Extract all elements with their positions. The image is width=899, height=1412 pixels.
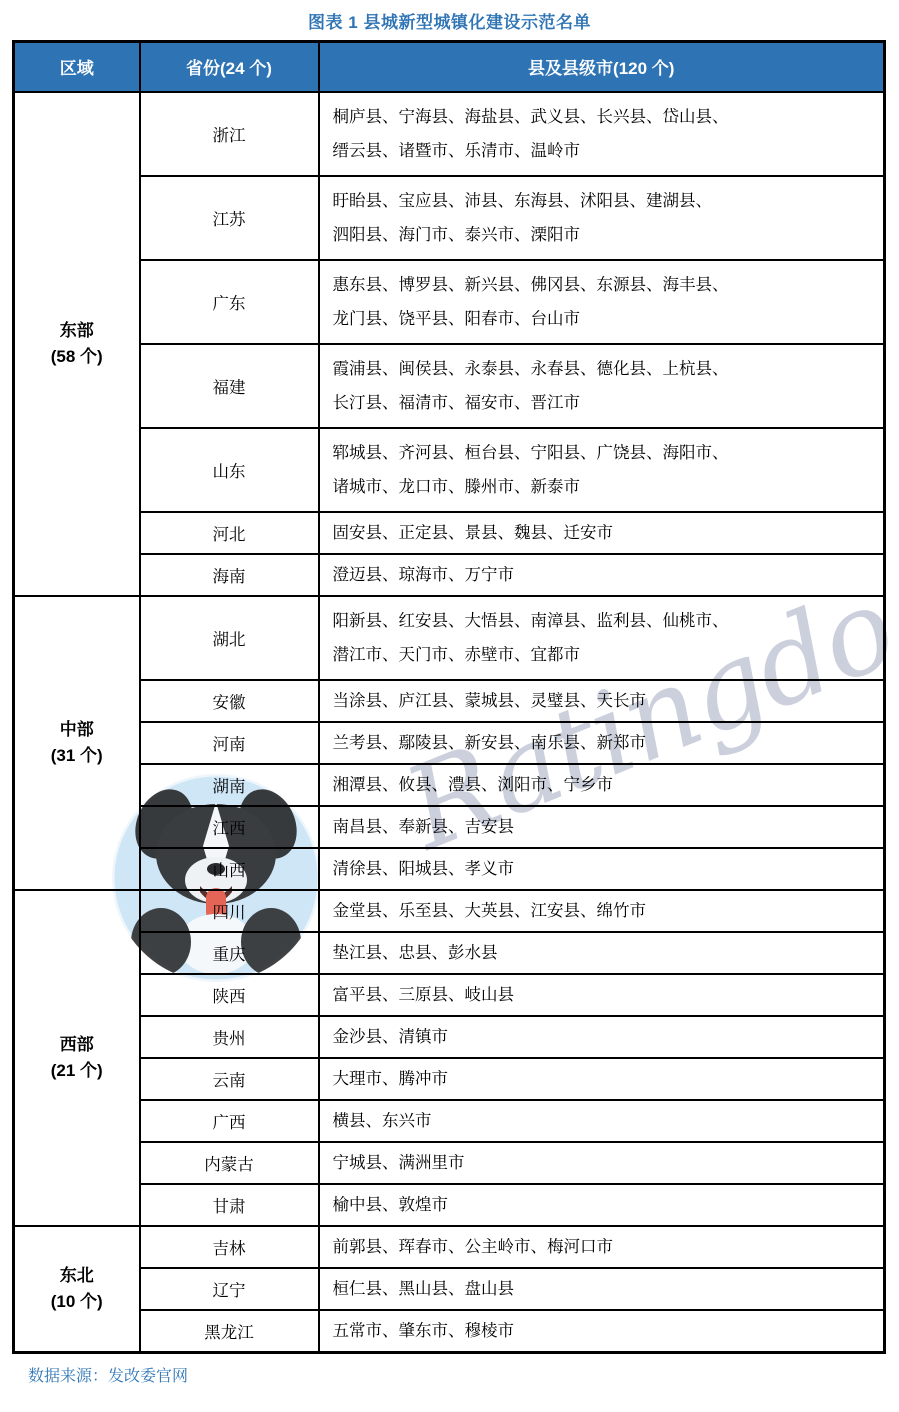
table-container: 区域 省份(24 个) 县及县级市(120 个) 东部(58 个)浙江桐庐县、宁… — [12, 40, 886, 1354]
county-line: 郓城县、齐河县、桓台县、宁阳县、广饶县、海阳市、 — [333, 436, 871, 470]
table-row: 中部(31 个)湖北阳新县、红安县、大悟县、南漳县、监利县、仙桃市、潜江市、天门… — [14, 596, 885, 680]
county-line: 南昌县、奉新县、吉安县 — [333, 810, 871, 844]
region-name: 中部 — [15, 717, 139, 743]
county-line: 泗阳县、海门市、泰兴市、溧阳市 — [333, 218, 871, 252]
county-line: 富平县、三原县、岐山县 — [333, 978, 871, 1012]
province-cell: 贵州 — [140, 1016, 319, 1058]
counties-cell: 兰考县、鄢陵县、新安县、南乐县、新郑市 — [319, 722, 885, 764]
province-cell: 山东 — [140, 428, 319, 512]
province-cell: 江西 — [140, 806, 319, 848]
counties-cell: 前郭县、珲春市、公主岭市、梅河口市 — [319, 1226, 885, 1268]
county-line: 金堂县、乐至县、大英县、江安县、绵竹市 — [333, 894, 871, 928]
province-cell: 湖北 — [140, 596, 319, 680]
report-figure-page: Ratingdog 图表 1 县城新型城镇化建设示范名单 区域 省份(24 个)… — [0, 0, 899, 1412]
counties-cell: 固安县、正定县、景县、魏县、迁安市 — [319, 512, 885, 554]
counties-cell: 南昌县、奉新县、吉安县 — [319, 806, 885, 848]
county-line: 诸城市、龙口市、滕州市、新泰市 — [333, 470, 871, 504]
table-row: 贵州金沙县、清镇市 — [14, 1016, 885, 1058]
table-row: 西部(21 个)四川金堂县、乐至县、大英县、江安县、绵竹市 — [14, 890, 885, 932]
province-cell: 海南 — [140, 554, 319, 596]
table-row: 广西横县、东兴市 — [14, 1100, 885, 1142]
counties-cell: 五常市、肇东市、穆棱市 — [319, 1310, 885, 1353]
table-row: 黑龙江五常市、肇东市、穆棱市 — [14, 1310, 885, 1353]
table-row: 云南大理市、腾冲市 — [14, 1058, 885, 1100]
counties-cell: 垫江县、忠县、彭水县 — [319, 932, 885, 974]
counties-cell: 湘潭县、攸县、澧县、浏阳市、宁乡市 — [319, 764, 885, 806]
header-row: 区域 省份(24 个) 县及县级市(120 个) — [14, 42, 885, 92]
table-row: 东部(58 个)浙江桐庐县、宁海县、海盐县、武义县、长兴县、岱山县、缙云县、诸暨… — [14, 92, 885, 176]
counties-cell: 榆中县、敦煌市 — [319, 1184, 885, 1226]
county-line: 霞浦县、闽侯县、永泰县、永春县、德化县、上杭县、 — [333, 352, 871, 386]
province-cell: 辽宁 — [140, 1268, 319, 1310]
province-cell: 河北 — [140, 512, 319, 554]
county-line: 桓仁县、黑山县、盘山县 — [333, 1272, 871, 1306]
table-row: 广东惠东县、博罗县、新兴县、佛冈县、东源县、海丰县、龙门县、饶平县、阳春市、台山… — [14, 260, 885, 344]
province-cell: 内蒙古 — [140, 1142, 319, 1184]
province-cell: 甘肃 — [140, 1184, 319, 1226]
province-cell: 山西 — [140, 848, 319, 890]
county-line: 清徐县、阳城县、孝义市 — [333, 852, 871, 886]
table-row: 山西清徐县、阳城县、孝义市 — [14, 848, 885, 890]
province-cell: 吉林 — [140, 1226, 319, 1268]
table-row: 河南兰考县、鄢陵县、新安县、南乐县、新郑市 — [14, 722, 885, 764]
region-name: 西部 — [15, 1032, 139, 1058]
table-row: 重庆垫江县、忠县、彭水县 — [14, 932, 885, 974]
county-line: 桐庐县、宁海县、海盐县、武义县、长兴县、岱山县、 — [333, 100, 871, 134]
county-line: 当涂县、庐江县、蒙城县、灵璧县、天长市 — [333, 684, 871, 718]
table-row: 福建霞浦县、闽侯县、永泰县、永春县、德化县、上杭县、长汀县、福清市、福安市、晋江… — [14, 344, 885, 428]
province-cell: 四川 — [140, 890, 319, 932]
table-row: 辽宁桓仁县、黑山县、盘山县 — [14, 1268, 885, 1310]
county-line: 兰考县、鄢陵县、新安县、南乐县、新郑市 — [333, 726, 871, 760]
province-cell: 陕西 — [140, 974, 319, 1016]
counties-cell: 富平县、三原县、岐山县 — [319, 974, 885, 1016]
county-line: 阳新县、红安县、大悟县、南漳县、监利县、仙桃市、 — [333, 604, 871, 638]
counties-cell: 澄迈县、琼海市、万宁市 — [319, 554, 885, 596]
region-count: (10 个) — [15, 1289, 139, 1315]
header-region: 区域 — [14, 42, 140, 92]
province-cell: 广西 — [140, 1100, 319, 1142]
county-line: 缙云县、诸暨市、乐清市、温岭市 — [333, 134, 871, 168]
county-line: 惠东县、博罗县、新兴县、佛冈县、东源县、海丰县、 — [333, 268, 871, 302]
table-row: 安徽当涂县、庐江县、蒙城县、灵璧县、天长市 — [14, 680, 885, 722]
county-line: 五常市、肇东市、穆棱市 — [333, 1314, 871, 1348]
data-source-note: 数据来源：发改委官网 — [0, 1363, 899, 1386]
county-line: 长汀县、福清市、福安市、晋江市 — [333, 386, 871, 420]
region-cell: 中部(31 个) — [14, 596, 140, 890]
table-row: 东北(10 个)吉林前郭县、珲春市、公主岭市、梅河口市 — [14, 1226, 885, 1268]
counties-cell: 桓仁县、黑山县、盘山县 — [319, 1268, 885, 1310]
province-cell: 安徽 — [140, 680, 319, 722]
county-line: 澄迈县、琼海市、万宁市 — [333, 558, 871, 592]
table-row: 湖南湘潭县、攸县、澧县、浏阳市、宁乡市 — [14, 764, 885, 806]
counties-cell: 清徐县、阳城县、孝义市 — [319, 848, 885, 890]
table-header: 区域 省份(24 个) 县及县级市(120 个) — [14, 42, 885, 92]
county-line: 大理市、腾冲市 — [333, 1062, 871, 1096]
header-counties: 县及县级市(120 个) — [319, 42, 885, 92]
county-line: 湘潭县、攸县、澧县、浏阳市、宁乡市 — [333, 768, 871, 802]
county-line: 榆中县、敦煌市 — [333, 1188, 871, 1222]
region-count: (58 个) — [15, 344, 139, 370]
table-body: 东部(58 个)浙江桐庐县、宁海县、海盐县、武义县、长兴县、岱山县、缙云县、诸暨… — [14, 92, 885, 1353]
table-row: 陕西富平县、三原县、岐山县 — [14, 974, 885, 1016]
province-cell: 云南 — [140, 1058, 319, 1100]
county-line: 龙门县、饶平县、阳春市、台山市 — [333, 302, 871, 336]
province-cell: 福建 — [140, 344, 319, 428]
province-cell: 江苏 — [140, 176, 319, 260]
province-cell: 黑龙江 — [140, 1310, 319, 1353]
province-cell: 重庆 — [140, 932, 319, 974]
counties-cell: 霞浦县、闽侯县、永泰县、永春县、德化县、上杭县、长汀县、福清市、福安市、晋江市 — [319, 344, 885, 428]
county-line: 前郭县、珲春市、公主岭市、梅河口市 — [333, 1230, 871, 1264]
region-count: (21 个) — [15, 1058, 139, 1084]
counties-cell: 宁城县、满洲里市 — [319, 1142, 885, 1184]
province-cell: 湖南 — [140, 764, 319, 806]
counties-cell: 郓城县、齐河县、桓台县、宁阳县、广饶县、海阳市、诸城市、龙口市、滕州市、新泰市 — [319, 428, 885, 512]
counties-cell: 盱眙县、宝应县、沛县、东海县、沭阳县、建湖县、泗阳县、海门市、泰兴市、溧阳市 — [319, 176, 885, 260]
county-line: 盱眙县、宝应县、沛县、东海县、沭阳县、建湖县、 — [333, 184, 871, 218]
counties-cell: 惠东县、博罗县、新兴县、佛冈县、东源县、海丰县、龙门县、饶平县、阳春市、台山市 — [319, 260, 885, 344]
table-row: 河北固安县、正定县、景县、魏县、迁安市 — [14, 512, 885, 554]
counties-cell: 金沙县、清镇市 — [319, 1016, 885, 1058]
county-line: 金沙县、清镇市 — [333, 1020, 871, 1054]
province-cell: 河南 — [140, 722, 319, 764]
table-row: 江苏盱眙县、宝应县、沛县、东海县、沭阳县、建湖县、泗阳县、海门市、泰兴市、溧阳市 — [14, 176, 885, 260]
table-row: 山东郓城县、齐河县、桓台县、宁阳县、广饶县、海阳市、诸城市、龙口市、滕州市、新泰… — [14, 428, 885, 512]
county-line: 横县、东兴市 — [333, 1104, 871, 1138]
counties-cell: 大理市、腾冲市 — [319, 1058, 885, 1100]
county-line: 垫江县、忠县、彭水县 — [333, 936, 871, 970]
region-name: 东部 — [15, 318, 139, 344]
region-name: 东北 — [15, 1263, 139, 1289]
province-cell: 浙江 — [140, 92, 319, 176]
region-cell: 东部(58 个) — [14, 92, 140, 596]
counties-cell: 阳新县、红安县、大悟县、南漳县、监利县、仙桃市、潜江市、天门市、赤壁市、宜都市 — [319, 596, 885, 680]
counties-cell: 金堂县、乐至县、大英县、江安县、绵竹市 — [319, 890, 885, 932]
region-count: (31 个) — [15, 743, 139, 769]
table-row: 甘肃榆中县、敦煌市 — [14, 1184, 885, 1226]
region-cell: 东北(10 个) — [14, 1226, 140, 1353]
county-line: 潜江市、天门市、赤壁市、宜都市 — [333, 638, 871, 672]
table-row: 海南澄迈县、琼海市、万宁市 — [14, 554, 885, 596]
demonstration-list-table: 区域 省份(24 个) 县及县级市(120 个) 东部(58 个)浙江桐庐县、宁… — [12, 40, 886, 1354]
county-line: 固安县、正定县、景县、魏县、迁安市 — [333, 516, 871, 550]
counties-cell: 桐庐县、宁海县、海盐县、武义县、长兴县、岱山县、缙云县、诸暨市、乐清市、温岭市 — [319, 92, 885, 176]
province-cell: 广东 — [140, 260, 319, 344]
counties-cell: 当涂县、庐江县、蒙城县、灵璧县、天长市 — [319, 680, 885, 722]
county-line: 宁城县、满洲里市 — [333, 1146, 871, 1180]
table-row: 江西南昌县、奉新县、吉安县 — [14, 806, 885, 848]
region-cell: 西部(21 个) — [14, 890, 140, 1226]
header-province: 省份(24 个) — [140, 42, 319, 92]
counties-cell: 横县、东兴市 — [319, 1100, 885, 1142]
figure-title: 图表 1 县城新型城镇化建设示范名单 — [0, 0, 899, 33]
table-row: 内蒙古宁城县、满洲里市 — [14, 1142, 885, 1184]
